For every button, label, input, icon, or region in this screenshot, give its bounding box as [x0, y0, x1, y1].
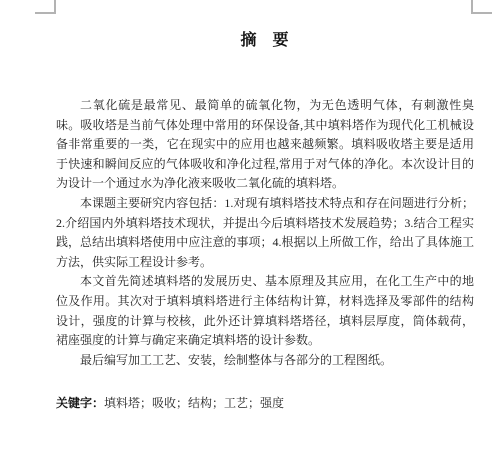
document-page: 摘 要 二氧化硫是最常见、最简单的硫氧化物，为无色透明气体，有刺激性臭味。吸收塔…: [0, 0, 504, 462]
abstract-paragraph-2: 本课题主要研究内容包括：1.对现有填料塔技术特点和存在问题进行分析；2.介绍国内…: [56, 194, 474, 272]
page-title: 摘 要: [56, 31, 473, 51]
abstract-body: 二氧化硫是最常见、最简单的硫氧化物，为无色透明气体，有刺激性臭味。吸收塔是当前气…: [56, 96, 474, 370]
crop-mark-top-right-horizontal: [471, 12, 492, 14]
abstract-paragraph-4: 最后编写加工工艺、安装，绘制整体与各部分的工程图纸。: [56, 351, 474, 371]
keywords-text: 填料塔；吸收；结构；工艺；强度: [104, 396, 284, 410]
keywords-line: 关键字：填料塔；吸收；结构；工艺；强度: [56, 395, 474, 411]
crop-mark-top-left-horizontal: [35, 12, 56, 14]
abstract-paragraph-1: 二氧化硫是最常见、最简单的硫氧化物，为无色透明气体，有刺激性臭味。吸收塔是当前气…: [56, 96, 474, 194]
keywords-label: 关键字：: [56, 396, 104, 410]
abstract-paragraph-3: 本文首先简述填料塔的发展历史、基本原理及其应用，在化工生产中的地位及作用。其次对…: [56, 272, 474, 350]
